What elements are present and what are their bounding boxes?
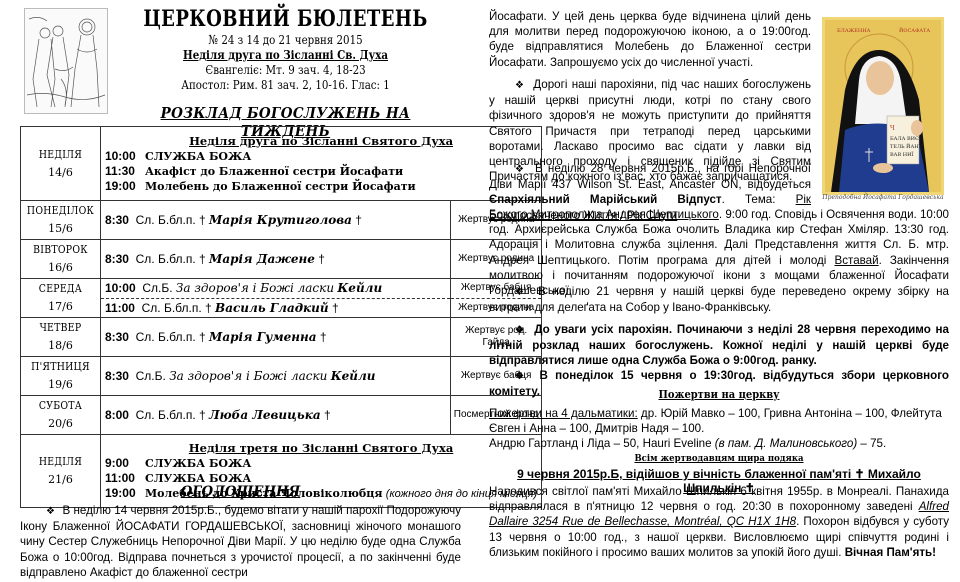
day-date: 20/6 [48, 417, 73, 430]
bulletin-header: ЦЕРКОВНИЙ БЮЛЕТЕНЬ № 24 з 14 до 21 червн… [110, 6, 461, 92]
bullet-icon: ❖ [515, 287, 527, 298]
bullet-icon: ❖ [515, 371, 528, 382]
announcements-title: ОГОЛОШЕННЯ [31, 484, 450, 500]
table-row: СУБОТА 20/6 8:00 Сл. Б.бл.п. † Люба Леви… [21, 396, 542, 435]
day-name: П'ЯТНИЦЯ [27, 358, 94, 376]
svg-text:ЙОСАФАТА: ЙОСАФАТА [899, 26, 930, 34]
day-date: 14/6 [48, 166, 73, 179]
left-column: ЦЕРКОВНИЙ БЮЛЕТЕНЬ № 24 з 14 до 21 червн… [20, 0, 461, 582]
service-line: 11:30Акафіст до Блаженної сестри Йосафат… [105, 164, 537, 179]
saint-josaphata-icon: БЛАЖЕННА ЙОСАФАТА Ч БАЛА ВИЄ ТЕЛЬ ЙАНУ В… [825, 20, 941, 192]
svg-text:БАЛА ВИЄ: БАЛА ВИЄ [890, 136, 919, 142]
gospel-figures-icon [25, 9, 107, 113]
sunday-heading: Неділя третя по Зісланні Святого Духа [105, 441, 537, 456]
donations-list: Пожертви на 4 дальматики: др. Юрій Мавко… [489, 406, 949, 452]
sunday-heading: Неділя друга по Зісланні Святого Духа [105, 134, 537, 149]
issue-line: № 24 з 14 до 21 червня 2015 [142, 32, 430, 47]
bullet-icon: ❖ [46, 506, 55, 517]
saint-icon-image: БЛАЖЕННА ЙОСАФАТА Ч БАЛА ВИЄ ТЕЛЬ ЙАНУ В… [822, 17, 944, 195]
gospel-reading: Євангеліє: Мт. 9 зач. 4, 18-23 [142, 62, 430, 77]
announcement-paragraph: ❖ В неділю 14 червня 2015р.Б., будемо ві… [20, 503, 461, 580]
service-line: 19:00Молебень до Блаженної сестри Йосафа… [105, 179, 537, 194]
bullet-icon: ❖ [515, 164, 526, 175]
day-name: ВІВТОРОК [27, 241, 94, 259]
bullet-icon: ❖ [515, 325, 526, 336]
gospel-illustration [24, 8, 108, 114]
service-line: 10:00СЛУЖБА БОЖА [105, 149, 537, 164]
announcement-paragraph: ❖ До уваги усіх парохіян. Починаючи з не… [489, 322, 949, 369]
day-date: 19/6 [48, 378, 73, 391]
donations-title: Пожертви на церкву [512, 388, 926, 401]
day-name: ПОНЕДІЛОК [27, 202, 94, 220]
day-name: СЕРЕДА [27, 280, 94, 298]
table-row: ЧЕТВЕР 18/6 8:30 Сл. Б.бл.п. † Марія Гум… [21, 318, 542, 357]
table-row: ПОНЕДІЛОК 15/6 8:30 Сл. Б.бл.п. † Марія … [21, 201, 542, 240]
obituary-text: Народився світлої пам'яті Михайло Шпильк… [489, 484, 949, 560]
svg-text:БЛАЖЕННА: БЛАЖЕННА [837, 28, 871, 34]
svg-text:Ч: Ч [890, 125, 895, 132]
vstavai-link: Вставай [834, 254, 878, 267]
schedule-table: НЕДІЛЯ 14/6 Неділя друга по Зісланні Свя… [20, 126, 542, 508]
table-row: ВІВТОРОК 16/6 8:30 Сл. Б.бл.п. † Марія Д… [21, 240, 542, 279]
bullet-icon: ❖ [515, 80, 525, 91]
day-date: 16/6 [48, 261, 73, 274]
table-row: СЕРЕДА 17/6 10:00 Сл.Б. За здоров'я і Бо… [21, 279, 542, 299]
announcement-paragraph: ❖ В неділю 21 червня у нашій церкві буде… [489, 284, 949, 315]
sunday-name: Неділя друга по Зісланні Св. Духа [142, 47, 430, 62]
day-date: 18/6 [48, 339, 73, 352]
day-name: НЕДІЛЯ [27, 453, 94, 471]
table-row: П'ЯТНИЦЯ 19/6 8:30 Сл.Б. За здоров'я і Б… [21, 357, 542, 396]
table-row: НЕДІЛЯ 14/6 Неділя друга по Зісланні Свя… [21, 127, 542, 201]
day-name: ЧЕТВЕР [27, 319, 94, 337]
right-column: Йосафати. У цей день церква буде відчине… [489, 0, 949, 582]
day-name: СУБОТА [27, 397, 94, 415]
saint-icon-caption: Преподобна Йосафата Гордашевська [822, 194, 944, 201]
apostle-reading: Апостол: Рим. 81 зач. 2, 10-16. Глас: 1 [142, 77, 430, 92]
service-line: 9:00СЛУЖБА БОЖА [105, 456, 537, 471]
bulletin-title: ЦЕРКОВНИЙ БЮЛЕТЕНЬ [142, 6, 430, 32]
day-name: НЕДІЛЯ [27, 146, 94, 164]
svg-text:ТЕЛЬ ЙАНУ: ТЕЛЬ ЙАНУ [890, 142, 923, 150]
announcement-paragraph: Йосафати. У цей день церква буде відчине… [489, 9, 811, 70]
donors-thanks: Всім жертводавцям щира подяка [512, 453, 926, 464]
svg-text:ВАВ НИЇ: ВАВ НИЇ [890, 151, 913, 158]
day-date: 15/6 [48, 222, 73, 235]
day-date: 17/6 [48, 300, 73, 313]
